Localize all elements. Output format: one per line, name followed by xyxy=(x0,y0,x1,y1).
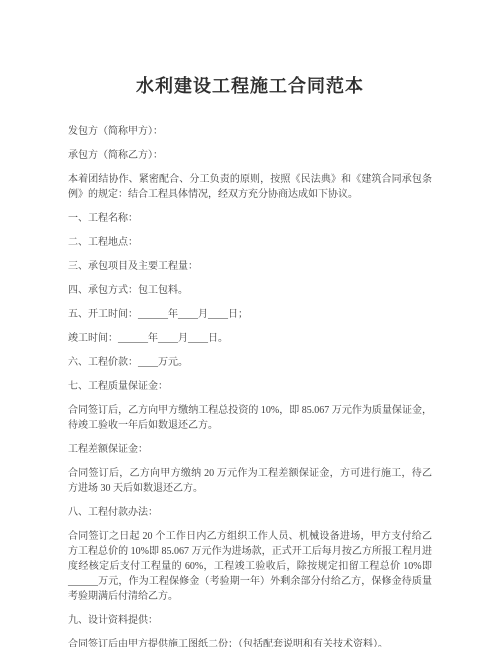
clause-4-contract-method: 四、承包方式：包工包料。 xyxy=(68,283,432,298)
clause-7-margin-deposit-detail: 合同签订后，乙方向甲方缴纳 20 万元作为工程差额保证金，方可进行施工，待乙方进… xyxy=(68,466,432,496)
contract-document-page: 水利建设工程施工合同范本 发包方（简称甲方）： 承包方（简称乙方）： 本着团结协… xyxy=(0,0,500,647)
clause-8-payment-heading: 八、工程付款办法： xyxy=(68,505,432,520)
party-a-line: 发包方（简称甲方）： xyxy=(68,124,432,139)
clause-1-project-name: 一、工程名称： xyxy=(68,211,432,226)
clause-7-quality-deposit-heading: 七、工程质量保证金： xyxy=(68,379,432,394)
clause-5-finish-date-line: 竣工时间：______年____月____日。 xyxy=(68,331,432,346)
clause-9-design-docs-heading: 九、设计资料提供： xyxy=(68,613,432,628)
preamble-paragraph: 本着团结协作、紧密配合、分工负责的原则，按照《民法典》和《建筑合同承包条例》的规… xyxy=(68,172,432,202)
document-title: 水利建设工程施工合同范本 xyxy=(68,74,432,98)
clause-9-design-docs-detail: 合同签订后由甲方提供施工图纸二份；（包括配套说明和有关技术资料）。 xyxy=(68,637,432,647)
clause-3-project-scope: 三、承包项目及主要工程量： xyxy=(68,259,432,274)
clause-7-quality-deposit-detail: 合同签订后，乙方向甲方缴纳工程总投资的 10%，即 85.067 万元作为质量保… xyxy=(68,403,432,433)
clause-7-margin-deposit-heading: 工程差额保证金： xyxy=(68,442,432,457)
party-b-line: 承包方（简称乙方）： xyxy=(68,148,432,163)
clause-2-project-location: 二、工程地点： xyxy=(68,235,432,250)
clause-5-start-date-line: 五、开工时间：______年____月____日； xyxy=(68,307,432,322)
clause-8-payment-detail: 合同签订之日起 20 个工作日内乙方组织工作人员、机械设备进场，甲方支付给乙方工… xyxy=(68,529,432,604)
clause-6-project-price: 六、工程价款：____万元。 xyxy=(68,355,432,370)
